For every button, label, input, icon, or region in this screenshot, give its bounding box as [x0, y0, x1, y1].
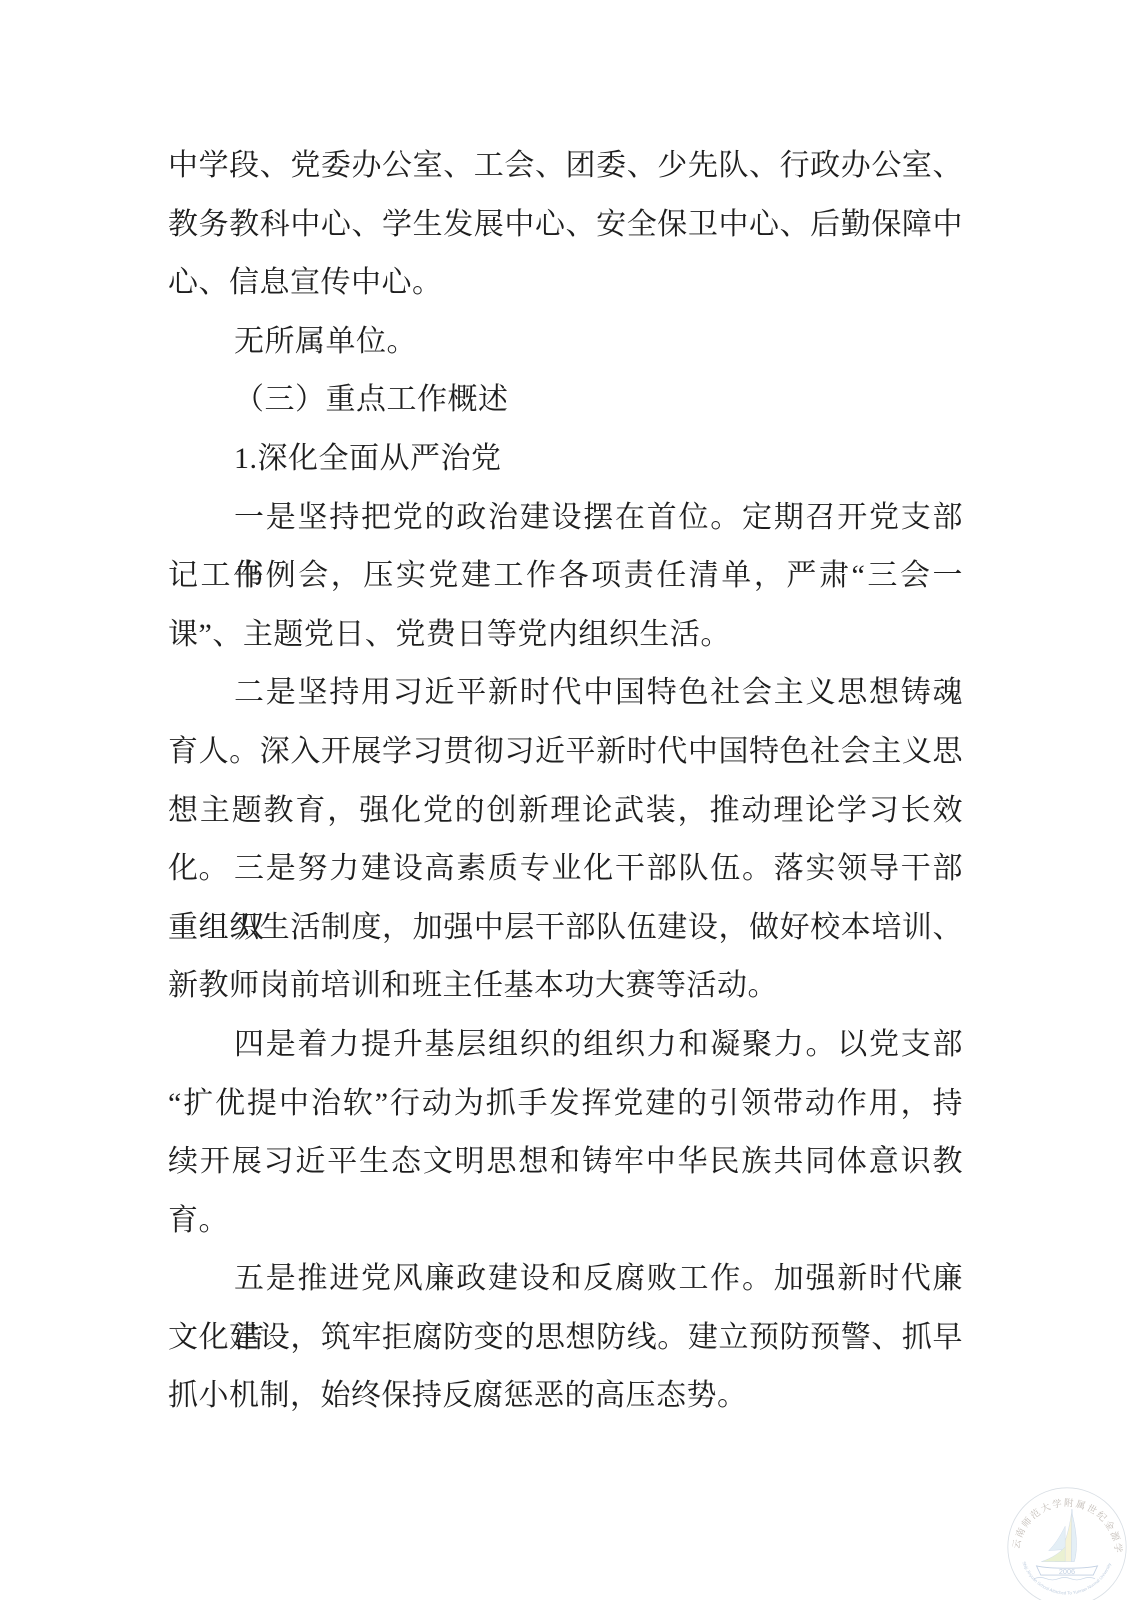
text-line: 教务教科中心、学生发展中心、安全保卫中心、后勤保障中 [168, 196, 963, 255]
logo-english-arc-text: Shiji Jinyuan School Attached To Yunnan … [1021, 1561, 1112, 1596]
logo-ring [1008, 1488, 1126, 1600]
text-line: 育人。深入开展学习贯彻习近平新时代中国特色社会主义思 [168, 723, 963, 782]
paragraph: 四是着力提升基层组织的组织力和凝聚力。以党支部“扩优提中治软”行动为抓手发挥党建… [168, 1016, 963, 1250]
text-line: 中学段、党委办公室、工会、团委、少先队、行政办公室、 [168, 137, 963, 196]
text-line: 三是努力建设高素质专业化干部队伍。落实领导干部双 [168, 840, 963, 899]
text-line: 二是坚持用习近平新时代中国特色社会主义思想铸魂 [168, 664, 963, 723]
text-line: 课”、主题党日、党费日等党内组织生活。 [168, 606, 963, 665]
text-line: “扩优提中治软”行动为抓手发挥党建的引领带动作用，持 [168, 1075, 963, 1134]
text-line: 四是着力提升基层组织的组织力和凝聚力。以党支部 [168, 1016, 963, 1075]
text-line: 一是坚持把党的政治建设摆在首位。定期召开党支部书 [168, 489, 963, 548]
document-body: 中学段、党委办公室、工会、团委、少先队、行政办公室、教务教科中心、学生发展中心、… [168, 137, 963, 1426]
paragraph: 中学段、党委办公室、工会、团委、少先队、行政办公室、教务教科中心、学生发展中心、… [168, 137, 963, 313]
paragraph: 三是努力建设高素质专业化干部队伍。落实领导干部双重组织生活制度，加强中层干部队伍… [168, 840, 963, 1016]
text-line: 记工作例会，压实党建工作各项责任清单，严肃“三会一 [168, 547, 963, 606]
document-page: 中学段、党委办公室、工会、团委、少先队、行政办公室、教务教科中心、学生发展中心、… [0, 0, 1131, 1600]
paragraph: 1.深化全面从严治党 [168, 430, 963, 489]
text-line: 文化建设，筑牢拒腐防变的思想防线。建立预防预警、抓早 [168, 1309, 963, 1368]
logo-year: 2006 [1059, 1567, 1075, 1576]
text-line: 新教师岗前培训和班主任基本功大赛等活动。 [168, 957, 963, 1016]
paragraph: 无所属单位。 [168, 313, 963, 372]
paragraph: （三）重点工作概述 [168, 371, 963, 430]
logo-chinese-arc-text: 云南师范大学附属世纪金源学校 [1006, 1486, 1124, 1555]
paragraph: 二是坚持用习近平新时代中国特色社会主义思想铸魂育人。深入开展学习贯彻习近平新时代… [168, 664, 963, 840]
text-line: 1.深化全面从严治党 [168, 430, 963, 489]
text-line: 想主题教育，强化党的创新理论武装，推动理论学习长效化。 [168, 782, 963, 841]
text-line: 重组织生活制度，加强中层干部队伍建设，做好校本培训、 [168, 899, 963, 958]
paragraph: 一是坚持把党的政治建设摆在首位。定期召开党支部书记工作例会，压实党建工作各项责任… [168, 489, 963, 665]
text-line: （三）重点工作概述 [168, 371, 963, 430]
sailboat-icon: 2006 [1034, 1509, 1097, 1580]
text-line: 续开展习近平生态文明思想和铸牢中华民族共同体意识教 [168, 1133, 963, 1192]
school-logo-watermark: 云南师范大学附属世纪金源学校 Shiji Jinyuan School Atta… [1006, 1486, 1128, 1600]
text-line: 抓小机制，始终保持反腐惩恶的高压态势。 [168, 1367, 963, 1426]
text-line: 无所属单位。 [168, 313, 963, 372]
text-line: 心、信息宣传中心。 [168, 254, 963, 313]
text-line: 育。 [168, 1192, 963, 1251]
text-line: 五是推进党风廉政建设和反腐败工作。加强新时代廉洁 [168, 1250, 963, 1309]
paragraph: 五是推进党风廉政建设和反腐败工作。加强新时代廉洁文化建设，筑牢拒腐防变的思想防线… [168, 1250, 963, 1426]
